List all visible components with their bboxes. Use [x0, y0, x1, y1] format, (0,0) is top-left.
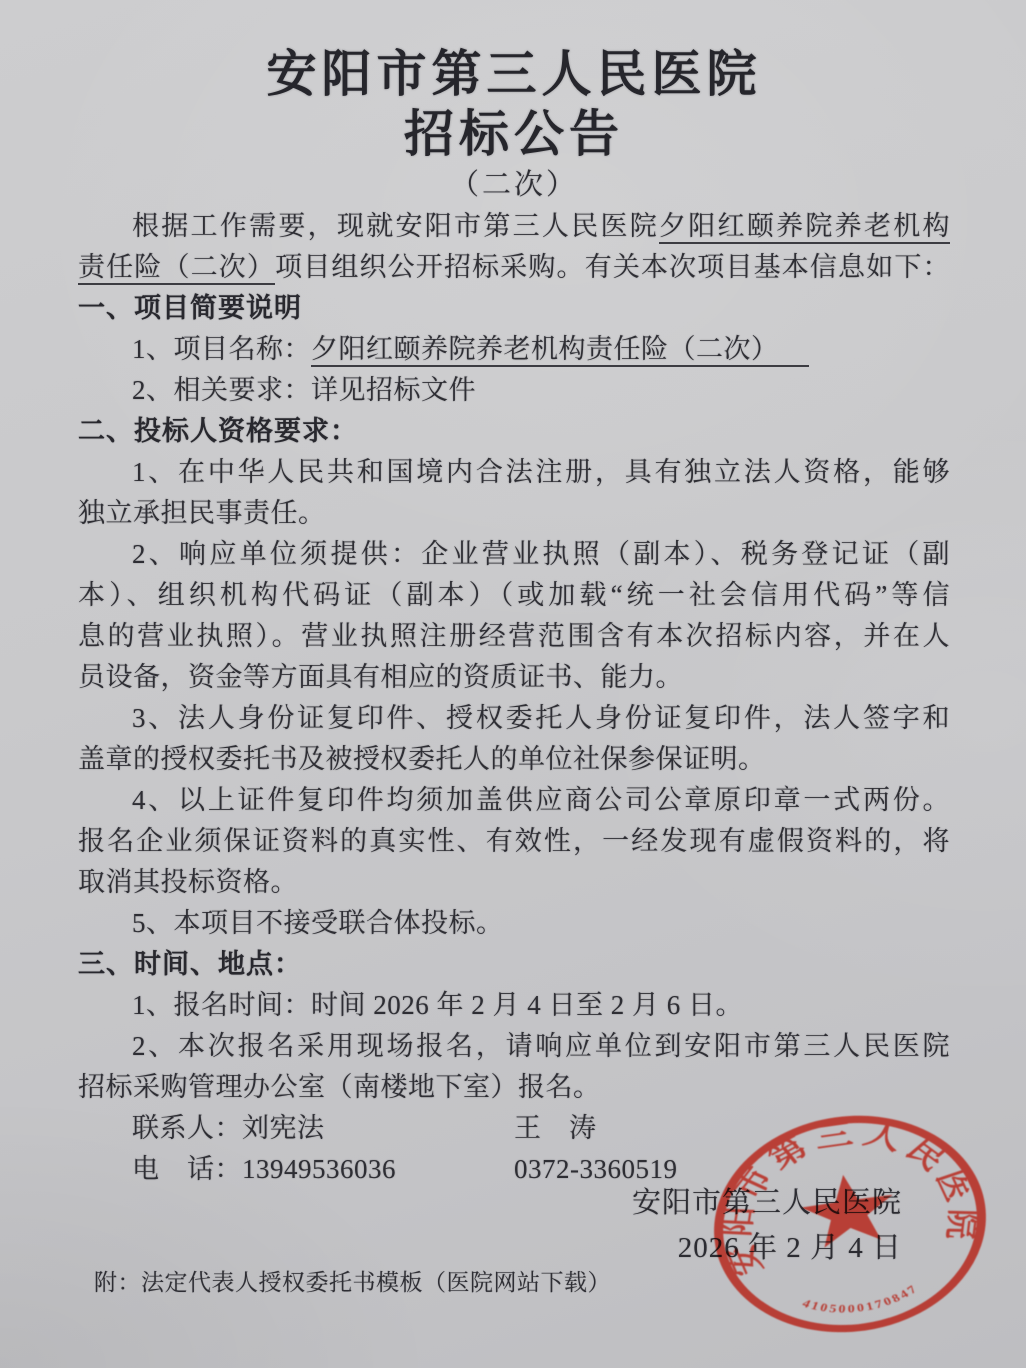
paragraph-line: 3、法人身份证复印件、授权委托人身份证复印件，法人签字和 [78, 698, 950, 739]
paragraph-line: 取消其投标资格。 [78, 862, 950, 903]
underlined-text: 夕阳红颐养院养老机构 [659, 211, 950, 244]
paragraph-line: 责任险（二次）项目组织公开招标采购。有关本次项目基本信息如下： [78, 247, 950, 288]
document-title-line1: 安阳市第三人民医院 [78, 44, 950, 104]
section-heading-1: 一、项目简要说明 [78, 288, 950, 329]
paragraph-line: 1、项目名称：夕阳红颐养院养老机构责任险（二次） [78, 329, 950, 370]
paragraph-line: 2、本次报名采用现场报名，请响应单位到安阳市第三人民医院 [78, 1026, 950, 1067]
paragraph-line: 2、响应单位须提供：企业营业执照（副本）、税务登记证（副 [78, 534, 950, 575]
paragraph-line: 员设备，资金等方面具有相应的资质证书、能力。 [78, 657, 950, 698]
round-label: （二次） [78, 164, 950, 206]
paragraph-line: 招标采购管理办公室（南楼地下室）报名。 [78, 1067, 950, 1108]
section-heading-2: 二、投标人资格要求： [78, 411, 950, 452]
contact-person-2: 王 涛 [514, 1108, 597, 1149]
paragraph-line: 4、以上证件复印件均须加盖供应商公司公章原印章一式两份。 [78, 780, 950, 821]
underlined-text: 责任险（二次） [78, 252, 275, 285]
paragraph-line: 盖章的授权委托书及被授权委托人的单位社保参保证明。 [78, 739, 950, 780]
attachment-note: 附：法定代表人授权委托书模板（医院网站下载） [94, 1264, 611, 1297]
underlined-text: 夕阳红颐养院养老机构责任险（二次） [311, 334, 809, 367]
paragraph-line: 本）、组织机构代码证（副本）（或加载“统一社会信用代码”等信 [78, 575, 950, 616]
section-heading-3: 三、时间、地点： [78, 944, 950, 985]
contact-phone-1: 电 话：13949536036 [132, 1149, 514, 1190]
paragraph-line: 独立承担民事责任。 [78, 493, 950, 534]
text-run: 根据工作需要，现就安阳市第三人民医院 [132, 211, 659, 241]
paragraph-line: 5、本项目不接受联合体投标。 [78, 903, 950, 944]
paragraph-line: 息的营业执照）。营业执照注册经营范围含有本次招标内容，并在人 [78, 616, 950, 657]
paragraph-line: 报名企业须保证资料的真实性、有效性，一经发现有虚假资料的，将 [78, 821, 950, 862]
seal-graphic: 安阳市第三人民医院 4105000170847 [694, 1093, 1006, 1354]
paragraph-line: 根据工作需要，现就安阳市第三人民医院夕阳红颐养院养老机构 [78, 206, 950, 247]
official-seal-stamp: 安阳市第三人民医院 4105000170847 [694, 1093, 1006, 1354]
contact-person-1: 联系人：刘宪法 [132, 1108, 514, 1149]
text-run: 1、项目名称： [132, 334, 311, 364]
seal-star-icon [797, 1168, 898, 1250]
document-body: 根据工作需要，现就安阳市第三人民医院夕阳红颐养院养老机构 责任险（二次）项目组织… [78, 206, 950, 1190]
paragraph-line: 2、相关要求：详见招标文件 [78, 370, 950, 411]
text-run: 项目组织公开招标采购。有关本次项目基本信息如下： [275, 252, 950, 282]
document-photo: 安阳市第三人民医院 招标公告 （二次） 根据工作需要，现就安阳市第三人民医院夕阳… [0, 0, 1026, 1368]
paragraph-line: 1、在中华人民共和国境内合法注册，具有独立法人资格，能够 [78, 452, 950, 493]
paragraph-line: 1、报名时间：时间 2026 年 2 月 4 日至 2 月 6 日。 [78, 985, 950, 1026]
document-content: 安阳市第三人民医院 招标公告 （二次） 根据工作需要，现就安阳市第三人民医院夕阳… [0, 0, 1026, 1190]
document-title-line2: 招标公告 [78, 104, 950, 164]
